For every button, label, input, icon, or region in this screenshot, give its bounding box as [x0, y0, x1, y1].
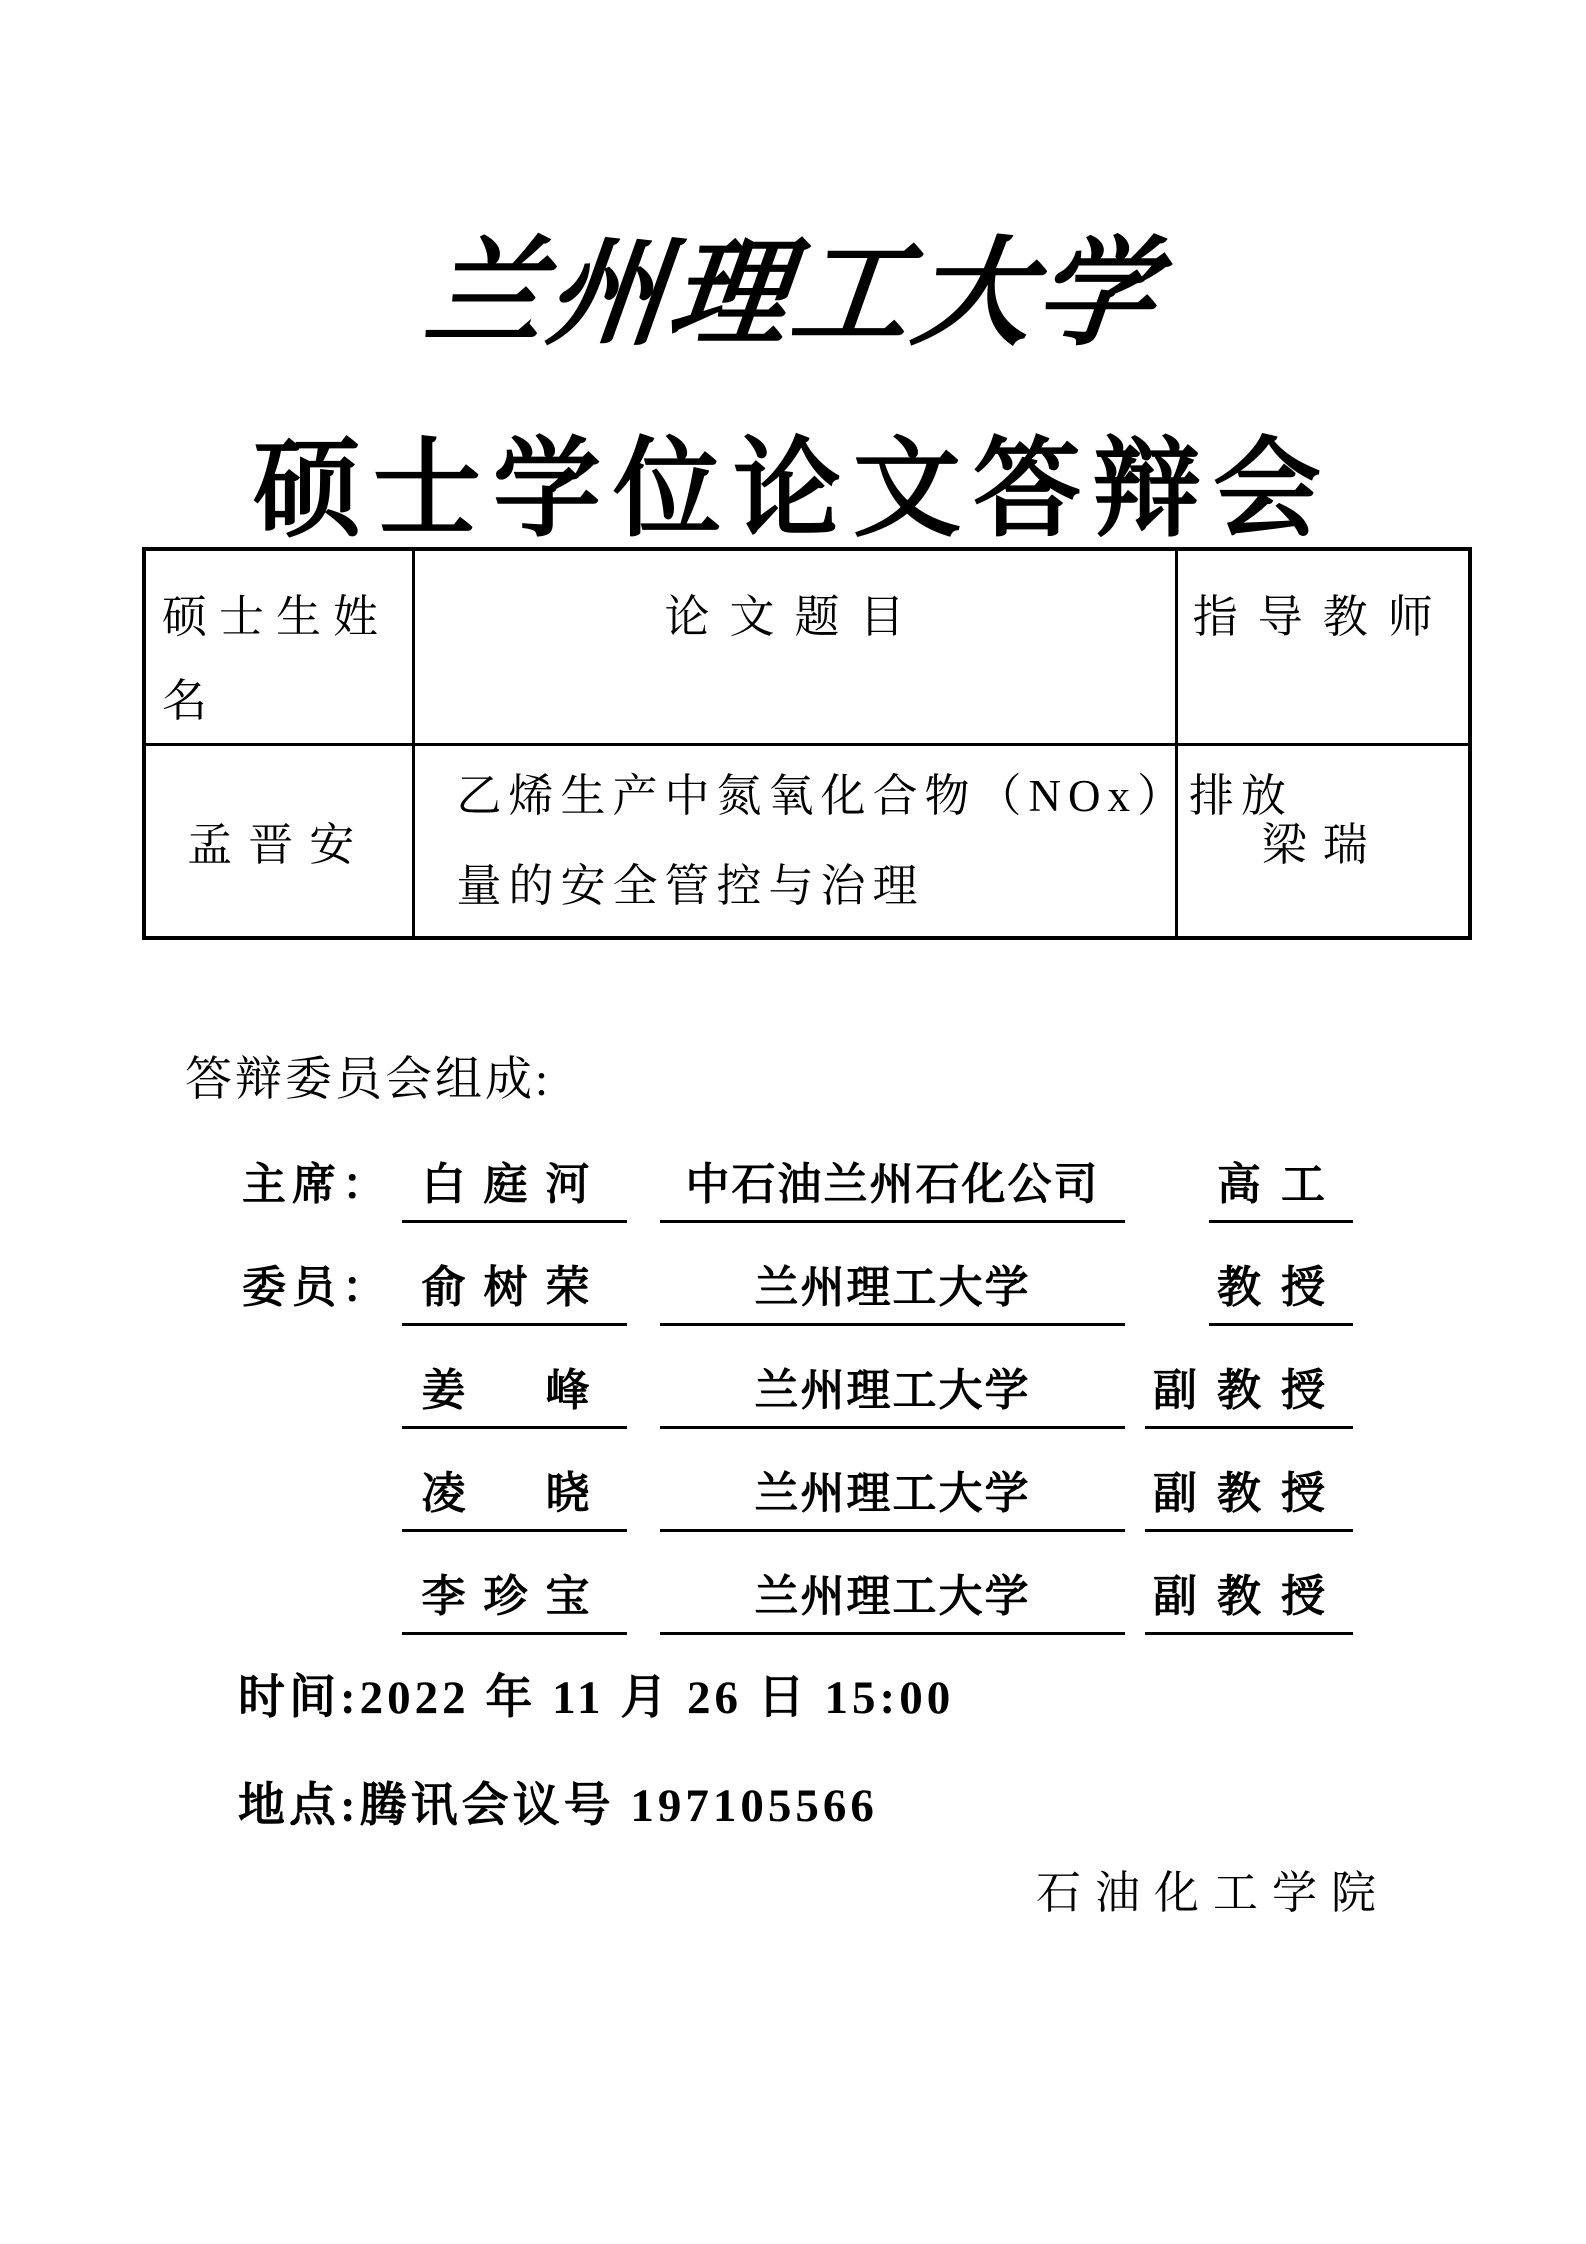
col-header-thesis-title: 论文题目 — [413, 549, 1176, 745]
committee-row-member: 李珍宝 兰州理工大学 副教授 — [0, 1560, 1586, 1635]
member-org: 兰州理工大学 — [660, 1457, 1125, 1532]
committee-heading: 答辩委员会组成: — [185, 1042, 551, 1109]
col-header-advisor: 指导教师 — [1176, 549, 1470, 745]
role-label — [242, 1418, 402, 1429]
member-title-wrap: 副教授 — [1153, 1354, 1353, 1429]
role-label — [242, 1624, 402, 1635]
thesis-title-line-1: 乙烯生产中氮氧化合物（NOx）排放 — [457, 751, 1165, 841]
defense-info-table: 硕士生姓名 论文题目 指导教师 孟晋安 乙烯生产中氮氧化合物（NOx）排放 量的… — [142, 547, 1472, 940]
member-title-wrap: 教授 — [1153, 1251, 1353, 1326]
role-label — [242, 1521, 402, 1532]
role-label: 主席： — [242, 1148, 402, 1223]
member-name: 俞树荣 — [402, 1251, 627, 1326]
member-title: 副教授 — [1145, 1457, 1353, 1532]
member-name: 姜 峰 — [402, 1354, 627, 1429]
university-logo-calligraphy: 兰州理工大学 — [0, 198, 1586, 368]
committee-row-member: 凌 晓 兰州理工大学 副教授 — [0, 1457, 1586, 1532]
page-title: 硕士学位论文答辩会 — [0, 402, 1586, 557]
member-org: 兰州理工大学 — [660, 1251, 1125, 1326]
table-data-row: 孟晋安 乙烯生产中氮氧化合物（NOx）排放 量的安全管控与治理 梁瑞 — [144, 745, 1470, 938]
col-header-student-name: 硕士生姓名 — [144, 549, 413, 745]
member-title: 副教授 — [1145, 1354, 1353, 1429]
thesis-title-line-2: 量的安全管控与治理 — [457, 841, 1165, 931]
committee-list: 主席： 白庭河 中石油兰州石化公司 高工 委员： 俞树荣 兰州理工大学 教授 姜… — [0, 1148, 1586, 1663]
document-page: 兰州理工大学 硕士学位论文答辩会 硕士生姓名 论文题目 指导教师 孟晋安 乙烯生… — [0, 0, 1586, 2244]
defense-time: 时间:2022 年 11 月 26 日 15:00 — [238, 1660, 954, 1727]
committee-row-member: 委员： 俞树荣 兰州理工大学 教授 — [0, 1251, 1586, 1326]
defense-place: 地点:腾讯会议号 197105566 — [238, 1768, 878, 1835]
role-label: 委员： — [242, 1251, 402, 1326]
member-org: 中石油兰州石化公司 — [660, 1148, 1125, 1223]
member-name: 凌 晓 — [402, 1457, 627, 1532]
member-org: 兰州理工大学 — [660, 1354, 1125, 1429]
member-title: 副教授 — [1145, 1560, 1353, 1635]
thesis-title-cell: 乙烯生产中氮氧化合物（NOx）排放 量的安全管控与治理 — [413, 745, 1176, 938]
member-title-wrap: 副教授 — [1153, 1560, 1353, 1635]
committee-row-chair: 主席： 白庭河 中石油兰州石化公司 高工 — [0, 1148, 1586, 1223]
member-name: 白庭河 — [402, 1148, 627, 1223]
member-name: 李珍宝 — [402, 1560, 627, 1635]
department-signature: 石油化工学院 — [1036, 1856, 1390, 1921]
member-org: 兰州理工大学 — [660, 1560, 1125, 1635]
member-title: 教授 — [1209, 1251, 1353, 1326]
member-title: 高工 — [1209, 1148, 1353, 1223]
committee-row-member: 姜 峰 兰州理工大学 副教授 — [0, 1354, 1586, 1429]
table-header-row: 硕士生姓名 论文题目 指导教师 — [144, 549, 1470, 745]
member-title-wrap: 高工 — [1153, 1148, 1353, 1223]
member-title-wrap: 副教授 — [1153, 1457, 1353, 1532]
student-name-cell: 孟晋安 — [144, 745, 413, 938]
